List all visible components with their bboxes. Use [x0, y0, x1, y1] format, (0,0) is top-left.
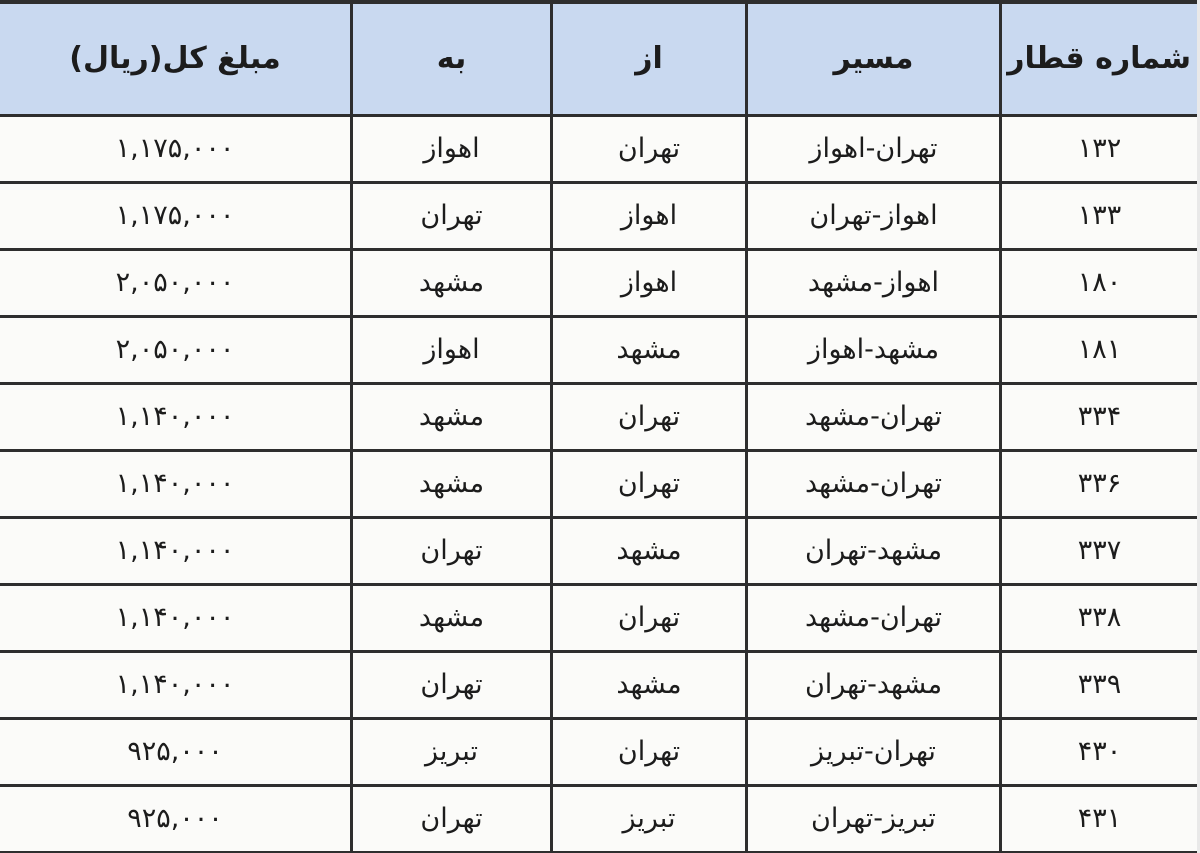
- cell-train-number: ۳۳۸: [1001, 584, 1199, 651]
- header-to: به: [352, 2, 552, 115]
- cell-from: تهران: [552, 450, 747, 517]
- cell-route: مشهد-اهواز: [747, 316, 1001, 383]
- cell-train-number: ۱۸۰: [1001, 249, 1199, 316]
- cell-to: مشهد: [352, 450, 552, 517]
- cell-train-number: ۳۳۶: [1001, 450, 1199, 517]
- cell-to: تهران: [352, 785, 552, 852]
- cell-train-number: ۱۳۲: [1001, 115, 1199, 182]
- cell-total-amount: ۱,۱۴۰,۰۰۰: [0, 383, 352, 450]
- cell-train-number: ۴۳۱: [1001, 785, 1199, 852]
- cell-to: اهواز: [352, 115, 552, 182]
- cell-total-amount: ۹۲۵,۰۰۰: [0, 785, 352, 852]
- cell-route: مشهد-تهران: [747, 517, 1001, 584]
- cell-route: تهران-تبریز: [747, 718, 1001, 785]
- cell-route: تبریز-تهران: [747, 785, 1001, 852]
- cell-total-amount: ۱,۱۴۰,۰۰۰: [0, 651, 352, 718]
- table-row: ۳۳۹مشهد-تهرانمشهدتهران۱,۱۴۰,۰۰۰: [0, 651, 1199, 718]
- table-row: ۳۳۷مشهد-تهرانمشهدتهران۱,۱۴۰,۰۰۰: [0, 517, 1199, 584]
- cell-total-amount: ۱,۱۷۵,۰۰۰: [0, 182, 352, 249]
- cell-route: تهران-اهواز: [747, 115, 1001, 182]
- cell-total-amount: ۹۲۵,۰۰۰: [0, 718, 352, 785]
- cell-train-number: ۳۳۷: [1001, 517, 1199, 584]
- cell-total-amount: ۲,۰۵۰,۰۰۰: [0, 316, 352, 383]
- cell-from: مشهد: [552, 517, 747, 584]
- table-row: ۳۳۶تهران-مشهدتهرانمشهد۱,۱۴۰,۰۰۰: [0, 450, 1199, 517]
- table-row: ۴۳۰تهران-تبریزتهرانتبریز۹۲۵,۰۰۰: [0, 718, 1199, 785]
- table-row: ۱۸۰اهواز-مشهداهوازمشهد۲,۰۵۰,۰۰۰: [0, 249, 1199, 316]
- header-route: مسیر: [747, 2, 1001, 115]
- table-row: ۳۳۸تهران-مشهدتهرانمشهد۱,۱۴۰,۰۰۰: [0, 584, 1199, 651]
- table-row: ۴۳۱تبریز-تهرانتبریزتهران۹۲۵,۰۰۰: [0, 785, 1199, 852]
- cell-from: مشهد: [552, 316, 747, 383]
- cell-route: مشهد-تهران: [747, 651, 1001, 718]
- cell-train-number: ۱۳۳: [1001, 182, 1199, 249]
- table-body: ۱۳۲تهران-اهوازتهراناهواز۱,۱۷۵,۰۰۰۱۳۳اهوا…: [0, 115, 1199, 852]
- header-row: شماره قطار مسیر از به مبلغ کل(ریال): [0, 2, 1199, 115]
- cell-route: اهواز-تهران: [747, 182, 1001, 249]
- cell-to: تبریز: [352, 718, 552, 785]
- train-fare-page: شماره قطار مسیر از به مبلغ کل(ریال) ۱۳۲ت…: [0, 0, 1200, 853]
- header-from: از: [552, 2, 747, 115]
- cell-total-amount: ۲,۰۵۰,۰۰۰: [0, 249, 352, 316]
- cell-train-number: ۳۳۹: [1001, 651, 1199, 718]
- train-fare-table: شماره قطار مسیر از به مبلغ کل(ریال) ۱۳۲ت…: [0, 0, 1200, 853]
- cell-from: اهواز: [552, 249, 747, 316]
- table-row: ۱۸۱مشهد-اهوازمشهداهواز۲,۰۵۰,۰۰۰: [0, 316, 1199, 383]
- cell-from: اهواز: [552, 182, 747, 249]
- table-row: ۱۳۳اهواز-تهراناهوازتهران۱,۱۷۵,۰۰۰: [0, 182, 1199, 249]
- cell-from: تهران: [552, 383, 747, 450]
- cell-train-number: ۱۸۱: [1001, 316, 1199, 383]
- table-row: ۳۳۴تهران-مشهدتهرانمشهد۱,۱۴۰,۰۰۰: [0, 383, 1199, 450]
- header-train-number: شماره قطار: [1001, 2, 1199, 115]
- cell-train-number: ۳۳۴: [1001, 383, 1199, 450]
- cell-to: مشهد: [352, 383, 552, 450]
- cell-to: تهران: [352, 517, 552, 584]
- cell-to: مشهد: [352, 249, 552, 316]
- cell-route: تهران-مشهد: [747, 450, 1001, 517]
- cell-from: مشهد: [552, 651, 747, 718]
- table-row: ۱۳۲تهران-اهوازتهراناهواز۱,۱۷۵,۰۰۰: [0, 115, 1199, 182]
- cell-from: تبریز: [552, 785, 747, 852]
- cell-total-amount: ۱,۱۴۰,۰۰۰: [0, 517, 352, 584]
- cell-total-amount: ۱,۱۴۰,۰۰۰: [0, 450, 352, 517]
- cell-to: اهواز: [352, 316, 552, 383]
- header-total-amount: مبلغ کل(ریال): [0, 2, 352, 115]
- cell-total-amount: ۱,۱۴۰,۰۰۰: [0, 584, 352, 651]
- cell-total-amount: ۱,۱۷۵,۰۰۰: [0, 115, 352, 182]
- cell-train-number: ۴۳۰: [1001, 718, 1199, 785]
- cell-from: تهران: [552, 115, 747, 182]
- cell-from: تهران: [552, 584, 747, 651]
- cell-route: اهواز-مشهد: [747, 249, 1001, 316]
- cell-to: تهران: [352, 651, 552, 718]
- cell-route: تهران-مشهد: [747, 383, 1001, 450]
- cell-to: تهران: [352, 182, 552, 249]
- cell-route: تهران-مشهد: [747, 584, 1001, 651]
- cell-from: تهران: [552, 718, 747, 785]
- cell-to: مشهد: [352, 584, 552, 651]
